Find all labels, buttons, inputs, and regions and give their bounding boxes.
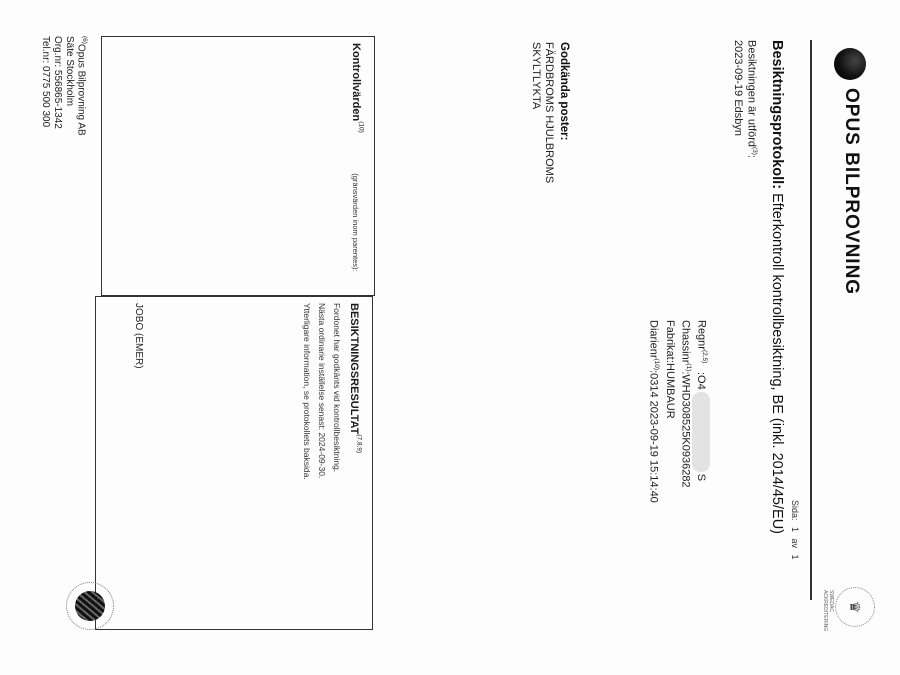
chassinr-value: :WHD308525K0936282 bbox=[679, 371, 691, 487]
chassinr-text: Chassinr bbox=[679, 320, 691, 363]
result-line: Ytterligare information, se protokollets… bbox=[302, 303, 312, 480]
approved-items-title: Godkända poster: bbox=[558, 42, 570, 140]
performed-suffix: : bbox=[745, 155, 757, 158]
swedac-accreditation-icon: ♛ bbox=[835, 587, 875, 627]
performed-sup: (3) bbox=[751, 147, 758, 155]
approved-item: FÄRDBROMS HJULBROMS bbox=[543, 42, 555, 183]
footer-seat: Säte Stockholm bbox=[64, 36, 75, 106]
footer-tel: Tel.nr: 0775 500 300 bbox=[40, 36, 51, 127]
control-values-box: Kontrollvärden(10) (gränsvärden inom par… bbox=[101, 36, 375, 296]
inspector-signature: JOBO (EMER) bbox=[133, 303, 144, 369]
diarienr-sup: (10) bbox=[653, 359, 660, 371]
regnr-label: Regnr(2,5) bbox=[695, 320, 708, 372]
footer-sup: (6) bbox=[81, 36, 88, 44]
title-bold: Besiktningsprotokoll: bbox=[769, 40, 785, 189]
inspection-result-box: BESIKTNINGSRESULTAT(7,8,9) Fordonet har … bbox=[95, 296, 373, 630]
fabrikat-row: Fabrikat:HUMBAUR bbox=[664, 320, 676, 419]
header-divider bbox=[811, 40, 813, 600]
chassinr-label: Chassinr(1) bbox=[679, 320, 692, 371]
result-heading: BESIKTNINGSRESULTAT(7,8,9) bbox=[346, 303, 364, 453]
opus-logo-icon bbox=[834, 48, 866, 80]
footer-org: Org.nr: 556865-1342 bbox=[52, 36, 63, 129]
result-line: Nästa ordinarie inställelse senast: 2024… bbox=[317, 303, 327, 478]
diarienr-label: Diarienr(10) bbox=[647, 320, 660, 370]
regnr-row: Regnr(2,5):O4S bbox=[692, 320, 710, 481]
globe-icon bbox=[75, 591, 105, 621]
result-line: Fordonet har godkänts vid kontrollbesikt… bbox=[332, 303, 342, 472]
brand-name: OPUS BILPROVNING bbox=[840, 88, 862, 295]
approved-item: SKYLTLYKTA bbox=[530, 42, 542, 109]
chassinr-row: Chassinr(1):WHD308525K0936282 bbox=[679, 320, 692, 488]
control-values-title: Kontrollvärden bbox=[350, 43, 362, 121]
result-sup: (7,8,9) bbox=[355, 434, 362, 453]
swedac-caption: SWEDAC ACKREDITERING bbox=[822, 590, 834, 630]
regnr-suffix: S bbox=[695, 474, 707, 481]
regnr-sup: (2,5) bbox=[701, 350, 708, 363]
footer-company: (6)Opus Bilprovning AB bbox=[76, 36, 88, 136]
climate-compensated-stamp-icon bbox=[66, 582, 114, 630]
inspection-protocol-page: OPUS BILPROVNING Sida: 1 av 1 ♛ SWEDAC A… bbox=[0, 0, 900, 675]
footer-company-name: Opus Bilprovning AB bbox=[76, 44, 87, 136]
result-title: BESIKTNINGSRESULTAT bbox=[348, 303, 360, 434]
diarienr-text: Diarienr bbox=[647, 320, 659, 359]
inspection-date-place: 2023-09-19 Edsbyn bbox=[732, 40, 744, 136]
control-values-note: (gränsvärden inom parentes): bbox=[351, 173, 360, 271]
regnr-text: Regnr bbox=[695, 320, 707, 350]
document-title: Besiktningsprotokoll: Efterkontroll kont… bbox=[769, 40, 785, 534]
page-indicator: Sida: 1 av 1 bbox=[790, 500, 800, 560]
control-values-heading: Kontrollvärden(10) (gränsvärden inom par… bbox=[348, 43, 366, 272]
redaction-blur bbox=[692, 392, 710, 472]
fabrikat-label: Fabrikat bbox=[664, 320, 676, 360]
diarienr-row: Diarienr(10):0314 2023-09-19 15:14:40 bbox=[647, 320, 660, 503]
title-rest: Efterkontroll kontrollbesiktning, BE (in… bbox=[769, 189, 785, 534]
diarienr-value: :0314 2023-09-19 15:14:40 bbox=[647, 370, 659, 503]
performed-label: Besiktningen är utförd(3): bbox=[745, 40, 758, 158]
performed-text: Besiktningen är utförd bbox=[745, 40, 757, 147]
control-values-sup: (10) bbox=[357, 121, 364, 133]
fabrikat-value: :HUMBAUR bbox=[664, 360, 676, 419]
regnr-value: :O4 bbox=[695, 372, 707, 390]
